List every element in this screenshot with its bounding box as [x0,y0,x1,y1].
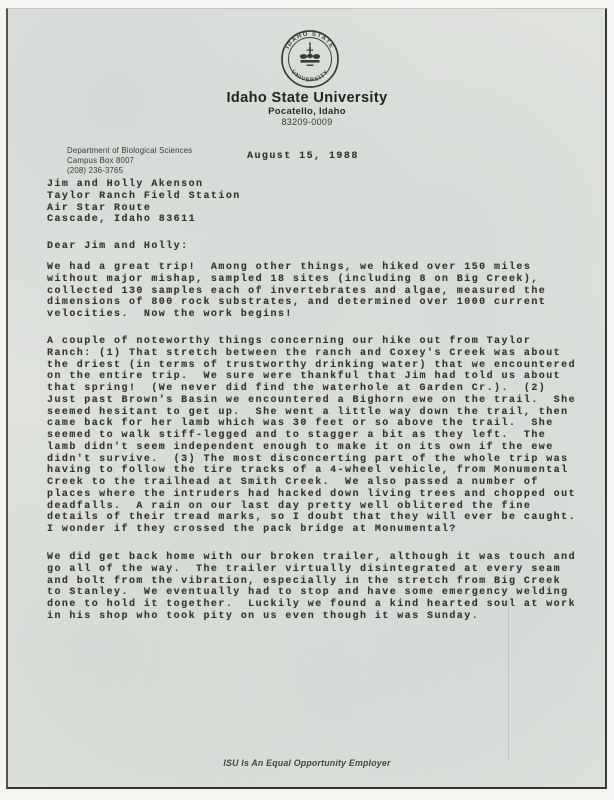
body-paragraph-1: We had a great trip! Among other things,… [47,262,546,321]
recipient-address-block: Jim and Holly Akenson Taylor Ranch Field… [47,179,241,226]
paper-crease [508,600,509,760]
university-name: Idaho State University [0,90,614,106]
department-address-block: Department of Biological Sciences Campus… [67,146,192,177]
seal-torch-emblem [300,42,320,66]
salutation: Dear Jim and Holly: [47,241,189,253]
letter-date: August 15, 1988 [247,151,359,163]
university-city: Pocatello, Idaho [0,106,614,117]
university-seal-icon: IDAHO STATE UNIVERSITY [280,29,340,89]
body-paragraph-3: We did get back home with our broken tra… [47,552,576,623]
seal-bottom-text: UNIVERSITY [290,69,331,84]
equal-opportunity-footer: ISU Is An Equal Opportunity Employer [0,758,614,768]
body-paragraph-2: A couple of noteworthy things concerning… [47,336,576,536]
svg-text:UNIVERSITY: UNIVERSITY [290,69,331,84]
scanned-letter: IDAHO STATE UNIVERSITY Idaho State Unive… [0,0,614,800]
university-zip: 83209-0009 [0,117,614,127]
